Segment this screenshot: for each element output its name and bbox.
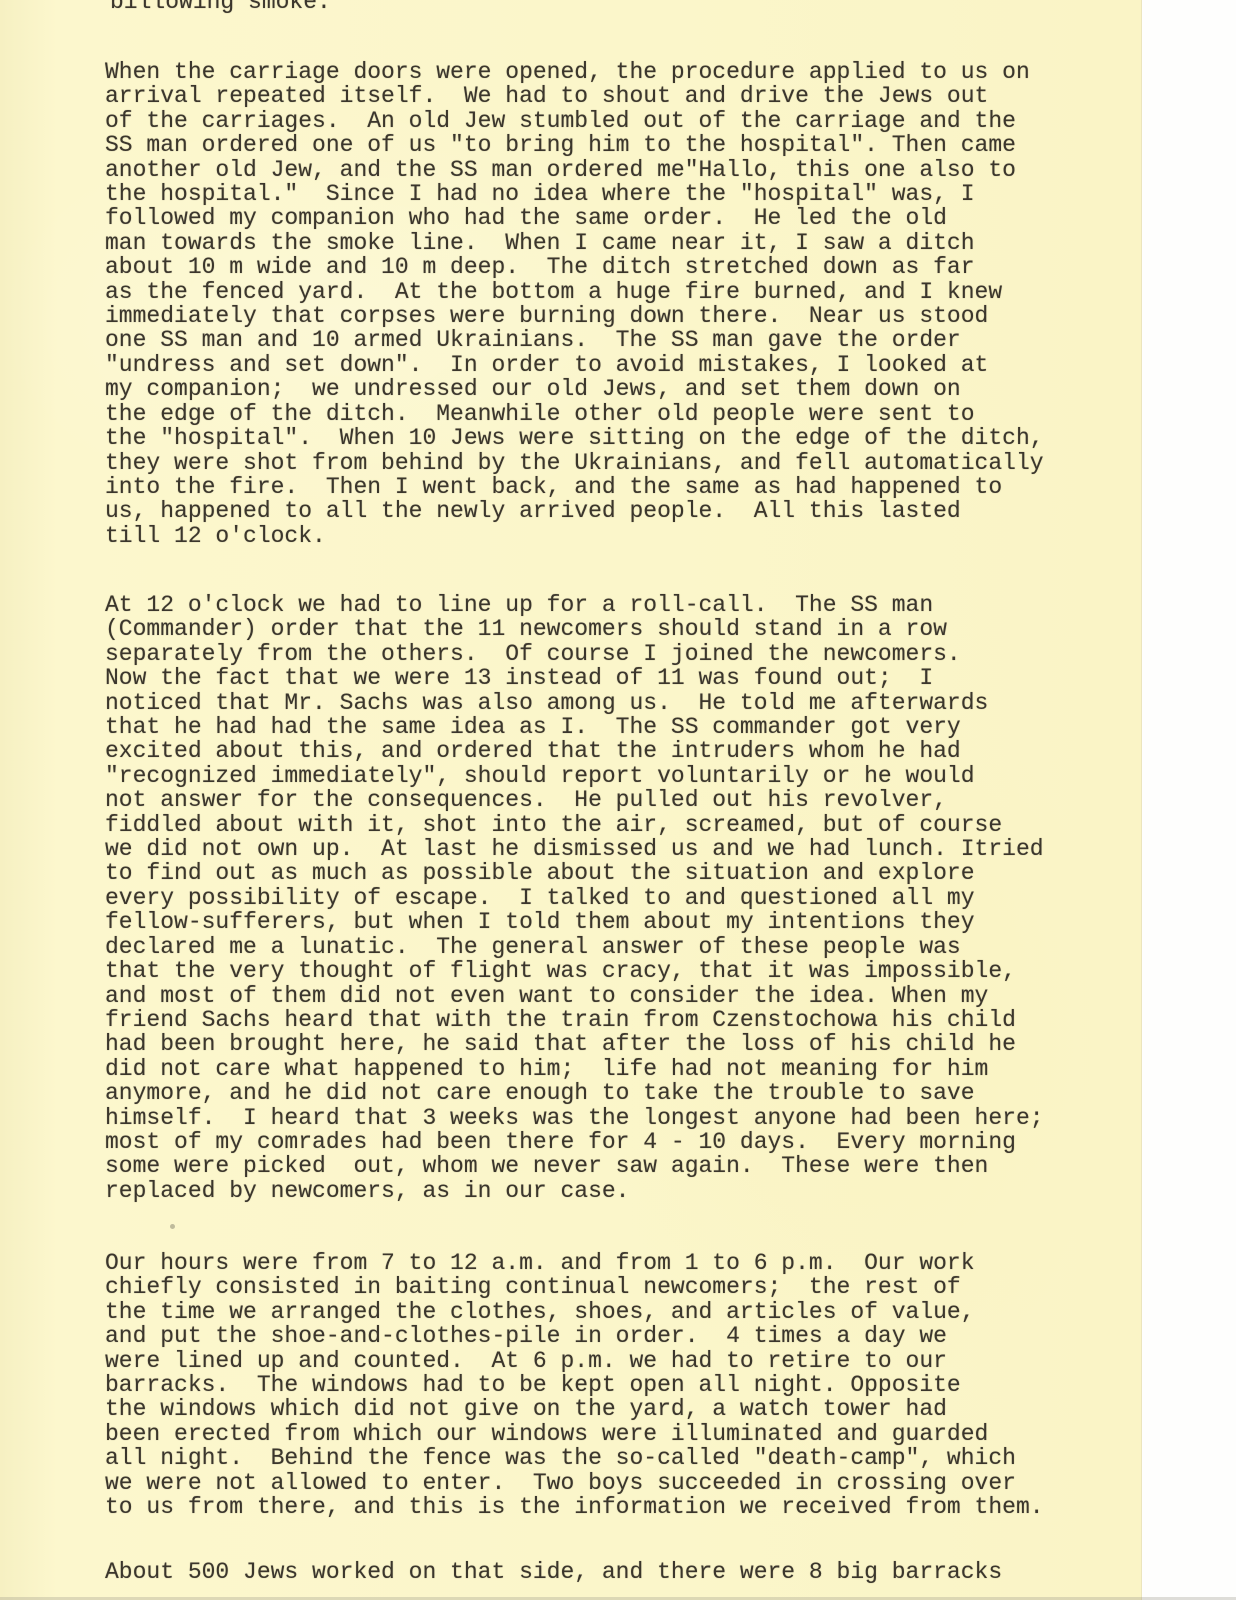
document-page: billowing smoke. When the carriage doors… [0, 0, 1142, 1600]
text-line: When the carriage doors were opened, the… [105, 60, 1044, 84]
text-line: declared me a lunatic. The general answe… [105, 935, 1044, 959]
text-line: SS man ordered one of us "to bring him t… [105, 133, 1044, 157]
text-line: that the very thought of flight was crac… [105, 959, 1044, 983]
text-line: friend Sachs heard that with the train f… [105, 1008, 1044, 1032]
text-line: fiddled about with it, shot into the air… [105, 813, 1044, 837]
text-line: my companion; we undressed our old Jews,… [105, 377, 1044, 401]
text-line: and put the shoe-and-clothes-pile in ord… [105, 1324, 1044, 1348]
text-line: the hospital." Since I had no idea where… [105, 182, 1044, 206]
ink-speck [170, 1224, 175, 1229]
text-line: one SS man and 10 armed Ukrainians. The … [105, 328, 1044, 352]
paragraph-3: Our hours were from 7 to 12 a.m. and fro… [105, 1251, 1044, 1519]
text-line: us, happened to all the newly arrived pe… [105, 499, 1044, 523]
text-line: chiefly consisted in baiting continual n… [105, 1275, 1044, 1299]
text-line: into the fire. Then I went back, and the… [105, 475, 1044, 499]
text-line: separately from the others. Of course I … [105, 642, 1044, 666]
text-line: About 500 Jews worked on that side, and … [105, 1560, 1002, 1584]
text-line: replaced by newcomers, as in our case. [105, 1179, 1044, 1203]
text-line: barracks. The windows had to be kept ope… [105, 1373, 1044, 1397]
paragraph-2: At 12 o'clock we had to line up for a ro… [105, 593, 1044, 1203]
scan-background: billowing smoke. When the carriage doors… [0, 0, 1236, 1600]
text-line: "recognized immediately", should report … [105, 764, 1044, 788]
text-line: At 12 o'clock we had to line up for a ro… [105, 593, 1044, 617]
text-line: (Commander) order that the 11 newcomers … [105, 617, 1044, 641]
text-line: that he had had the same idea as I. The … [105, 715, 1044, 739]
text-line: been erected from which our windows were… [105, 1422, 1044, 1446]
text-line: had been brought here, he said that afte… [105, 1032, 1044, 1056]
text-line: anymore, and he did not care enough to t… [105, 1081, 1044, 1105]
text-line: till 12 o'clock. [105, 524, 1044, 548]
text-line: himself. I heard that 3 weeks was the lo… [105, 1106, 1044, 1130]
paragraph-1: When the carriage doors were opened, the… [105, 60, 1044, 548]
paragraph-4: About 500 Jews worked on that side, and … [105, 1560, 1002, 1584]
text-line: another old Jew, and the SS man ordered … [105, 158, 1044, 182]
text-line: followed my companion who had the same o… [105, 206, 1044, 230]
text-line: the edge of the ditch. Meanwhile other o… [105, 402, 1044, 426]
text-line: immediately that corpses were burning do… [105, 304, 1044, 328]
text-line: some were picked out, whom we never saw … [105, 1154, 1044, 1178]
text-line: they were shot from behind by the Ukrain… [105, 451, 1044, 475]
text-line: the windows which did not give on the ya… [105, 1397, 1044, 1421]
text-line: man towards the smoke line. When I came … [105, 231, 1044, 255]
text-line: all night. Behind the fence was the so-c… [105, 1446, 1044, 1470]
text-line: about 10 m wide and 10 m deep. The ditch… [105, 255, 1044, 279]
text-line: we were not allowed to enter. Two boys s… [105, 1471, 1044, 1495]
text-line: Our hours were from 7 to 12 a.m. and fro… [105, 1251, 1044, 1275]
text-line: of the carriages. An old Jew stumbled ou… [105, 109, 1044, 133]
text-line: the "hospital". When 10 Jews were sittin… [105, 426, 1044, 450]
text-line: noticed that Mr. Sachs was also among us… [105, 691, 1044, 715]
text-line: did not care what happened to him; life … [105, 1057, 1044, 1081]
text-line: the time we arranged the clothes, shoes,… [105, 1300, 1044, 1324]
text-line: to us from there, and this is the inform… [105, 1495, 1044, 1519]
text-line: most of my comrades had been there for 4… [105, 1130, 1044, 1154]
text-line: as the fenced yard. At the bottom a huge… [105, 280, 1044, 304]
text-line: excited about this, and ordered that the… [105, 739, 1044, 763]
text-line: we did not own up. At last he dismissed … [105, 837, 1044, 861]
text-line: arrival repeated itself. We had to shout… [105, 84, 1044, 108]
partial-top-line: billowing smoke. [110, 0, 331, 14]
text-line: every possibility of escape. I talked to… [105, 886, 1044, 910]
text-line: not answer for the consequences. He pull… [105, 788, 1044, 812]
text-line: and most of them did not even want to co… [105, 984, 1044, 1008]
text-line: fellow-sufferers, but when I told them a… [105, 910, 1044, 934]
text-line: Now the fact that we were 13 instead of … [105, 666, 1044, 690]
text-line: were lined up and counted. At 6 p.m. we … [105, 1349, 1044, 1373]
text-line: to find out as much as possible about th… [105, 861, 1044, 885]
text-line: "undress and set down". In order to avoi… [105, 353, 1044, 377]
